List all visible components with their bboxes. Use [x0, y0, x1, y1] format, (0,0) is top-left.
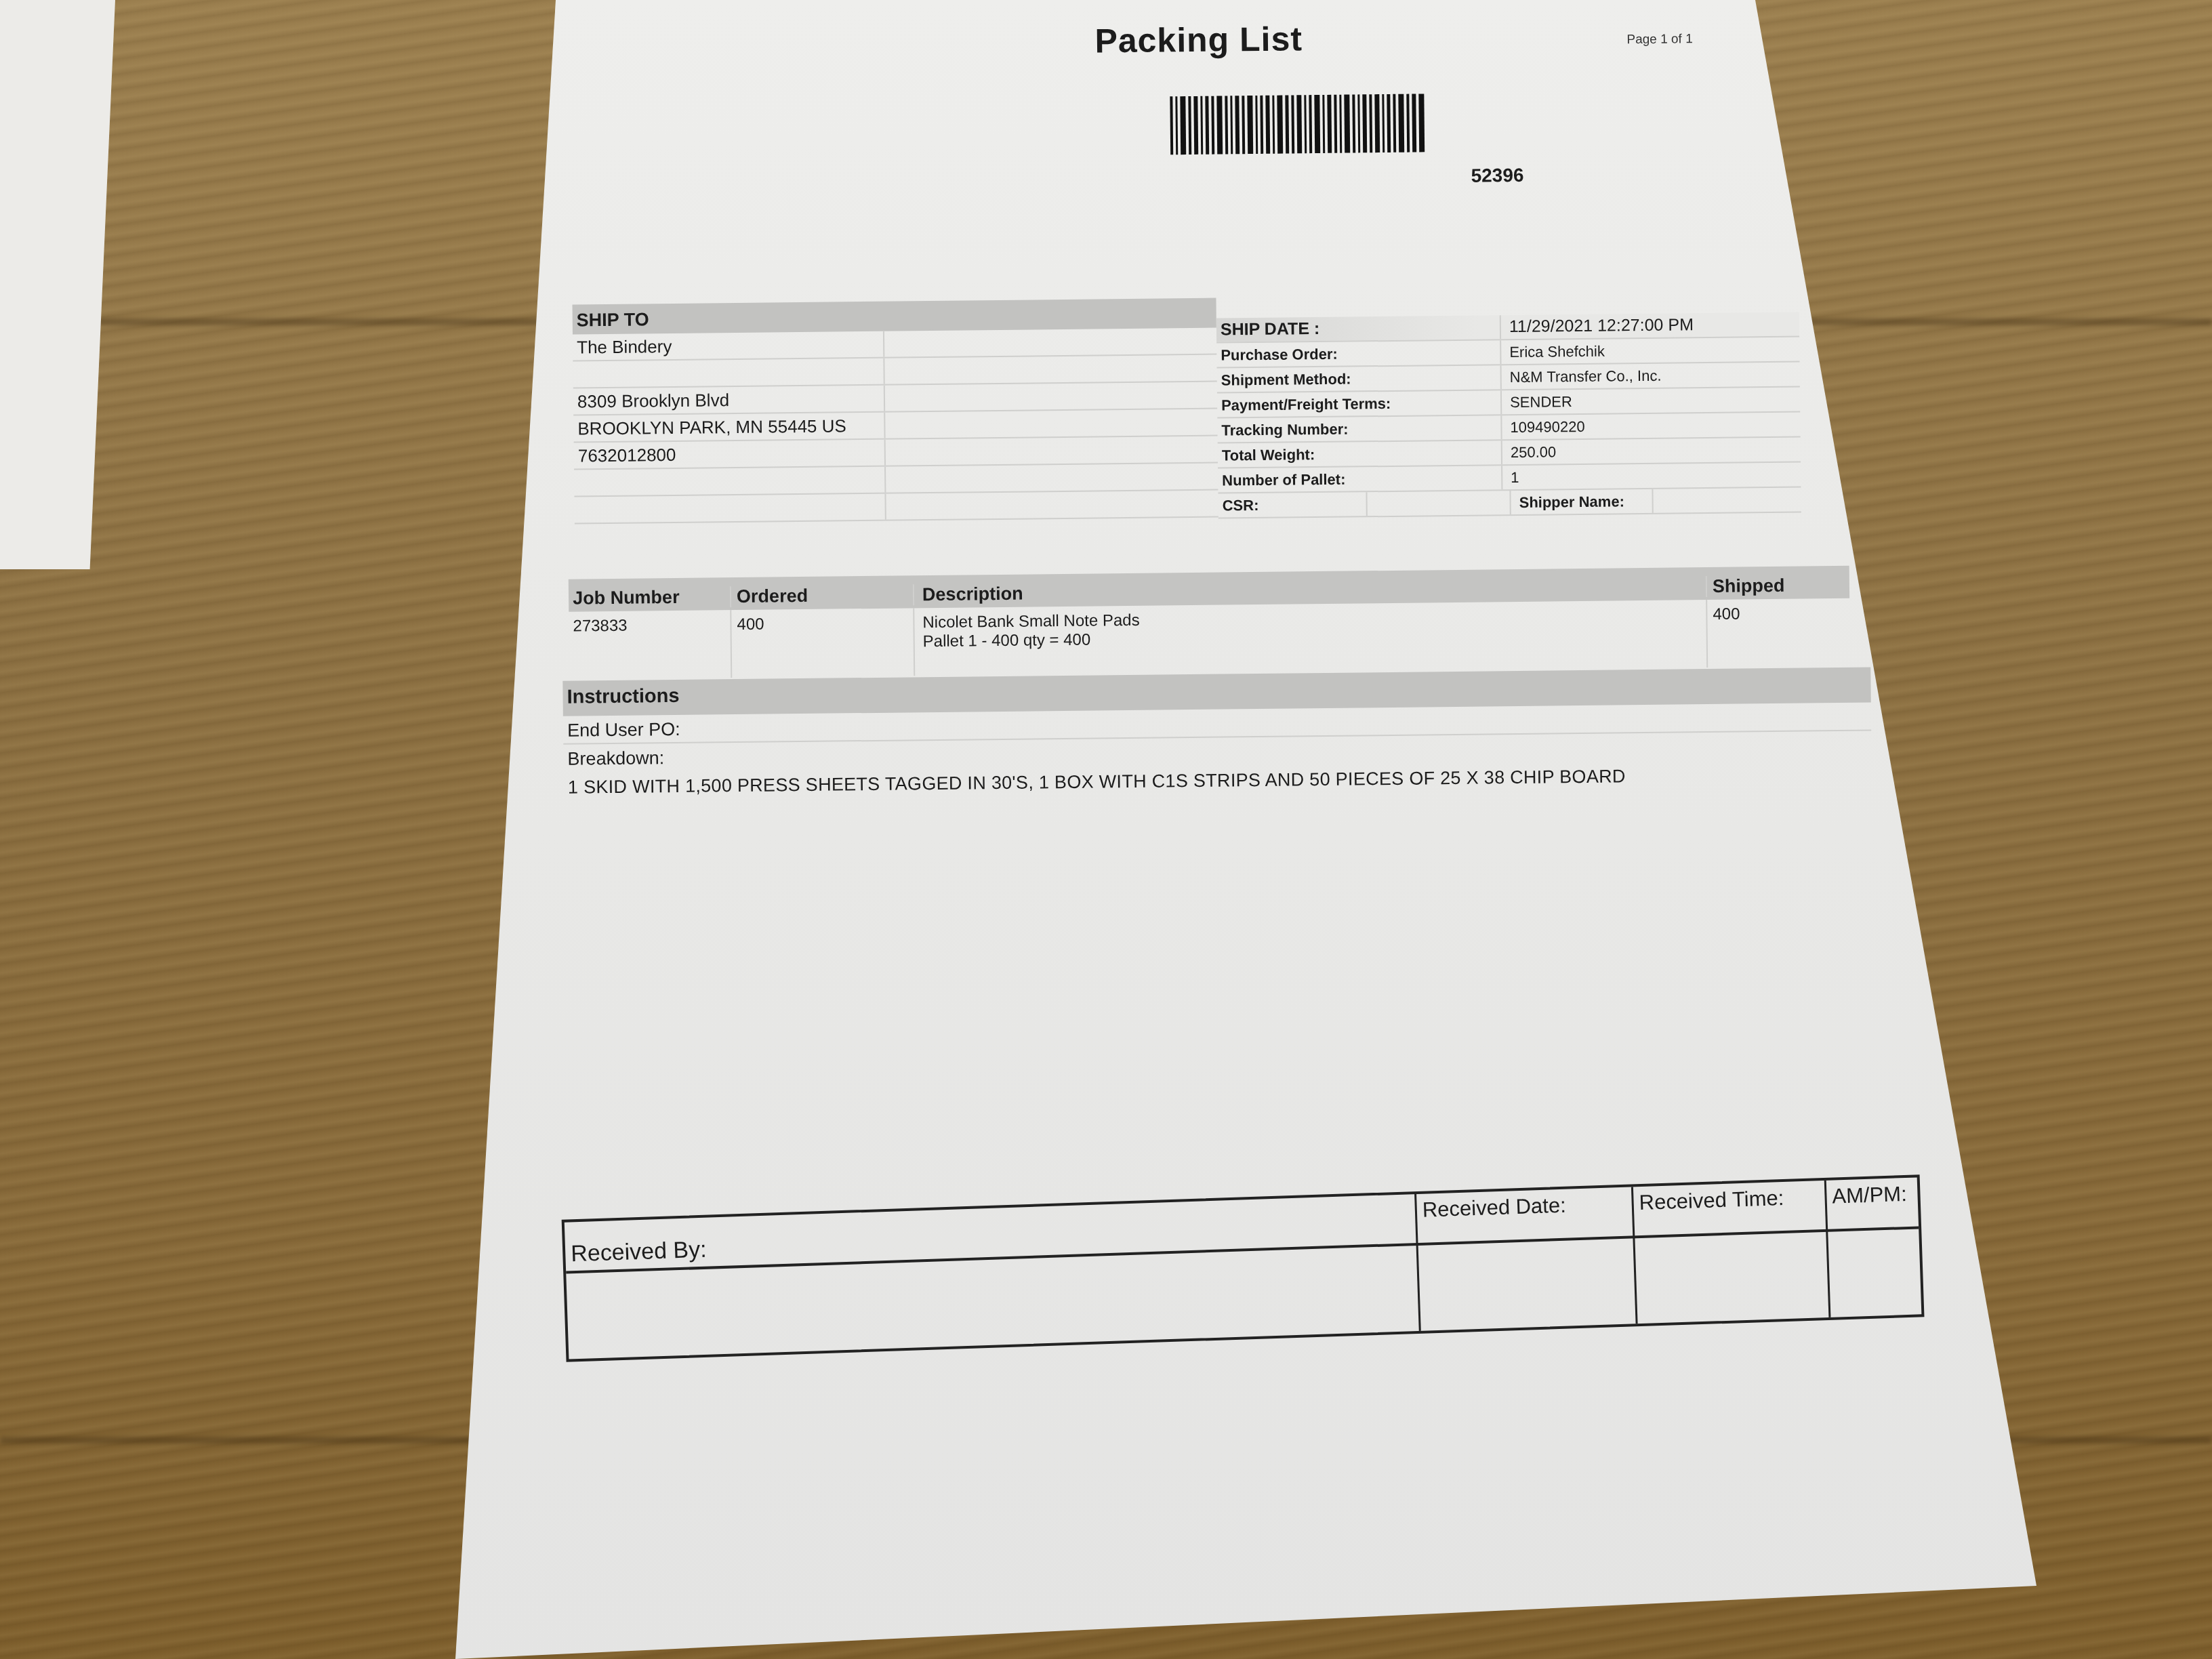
ship-date-value: 11/29/2021 12:27:00 PM — [1501, 315, 1694, 337]
packing-list-document: Packing List Page 1 of 1 52396 SHIP TO T… — [542, 0, 1912, 1403]
page-indicator: Page 1 of 1 — [1626, 32, 1692, 47]
description: Nicolet Bank Small Note Pads Pallet 1 - … — [914, 600, 1708, 676]
col-ordered: Ordered — [731, 584, 914, 607]
receipt-box: Received By: Received Date: Received Tim… — [562, 1174, 1925, 1361]
detail-label: Number of Pallet: — [1218, 466, 1502, 492]
detail-value: N&M Transfer Co., Inc. — [1502, 367, 1662, 386]
ship-to-section: SHIP TO The Bindery 8309 Brooklyn Blvd B… — [573, 298, 1218, 525]
detail-value: 109490220 — [1502, 417, 1584, 436]
detail-label: Total Weight: — [1218, 441, 1502, 467]
shipped-qty: 400 — [1707, 598, 1850, 668]
detail-label: Shipment Method: — [1217, 365, 1502, 392]
col-shipped: Shipped — [1707, 575, 1849, 597]
shipper-name-label: Shipper Name: — [1511, 489, 1653, 514]
detail-label: Payment/Freight Terms: — [1217, 390, 1502, 417]
ship-to-line — [574, 494, 886, 523]
instructions-section: Instructions End User PO: Breakdown: 1 S… — [562, 668, 1872, 802]
barcode-number: 52396 — [1471, 165, 1523, 187]
detail-label: Purchase Order: — [1216, 340, 1501, 367]
ampm-label: AM/PM: — [1824, 1177, 1924, 1317]
detail-label: Tracking Number: — [1217, 415, 1502, 442]
barcode — [1170, 93, 1502, 155]
ordered-qty: 400 — [731, 608, 915, 678]
received-date-label: Received Date: — [1414, 1187, 1636, 1330]
col-job-number: Job Number — [569, 586, 731, 609]
ship-to-line: BROOKLYN PARK, MN 55445 US — [573, 413, 885, 442]
background-paper — [0, 0, 115, 569]
ship-to-line: 7632012800 — [574, 440, 886, 469]
detail-value: Erica Shefchik — [1501, 342, 1605, 361]
csr-value — [1367, 491, 1511, 516]
ship-to-line: The Bindery — [573, 331, 884, 361]
jobs-table: Job Number Ordered Description Shipped 2… — [569, 566, 1850, 680]
received-by-label: Received By: — [571, 1237, 708, 1268]
ship-date-label: SHIP DATE : — [1216, 315, 1501, 342]
table-row: 273833 400 Nicolet Bank Small Note Pads … — [569, 598, 1850, 680]
detail-value: 250.00 — [1502, 443, 1557, 462]
detail-value: 1 — [1502, 468, 1519, 486]
ship-to-line — [573, 359, 884, 388]
document-title: Packing List — [1094, 19, 1303, 60]
detail-value: SENDER — [1502, 393, 1572, 411]
shipment-details: SHIP DATE : 11/29/2021 12:27:00 PM Purch… — [1216, 312, 1801, 519]
ship-to-line: 8309 Brooklyn Blvd — [573, 386, 885, 415]
ship-to-line — [574, 467, 886, 496]
received-time-label: Received Time: — [1631, 1181, 1829, 1324]
job-number: 273833 — [569, 610, 732, 680]
csr-label: CSR: — [1218, 492, 1367, 517]
